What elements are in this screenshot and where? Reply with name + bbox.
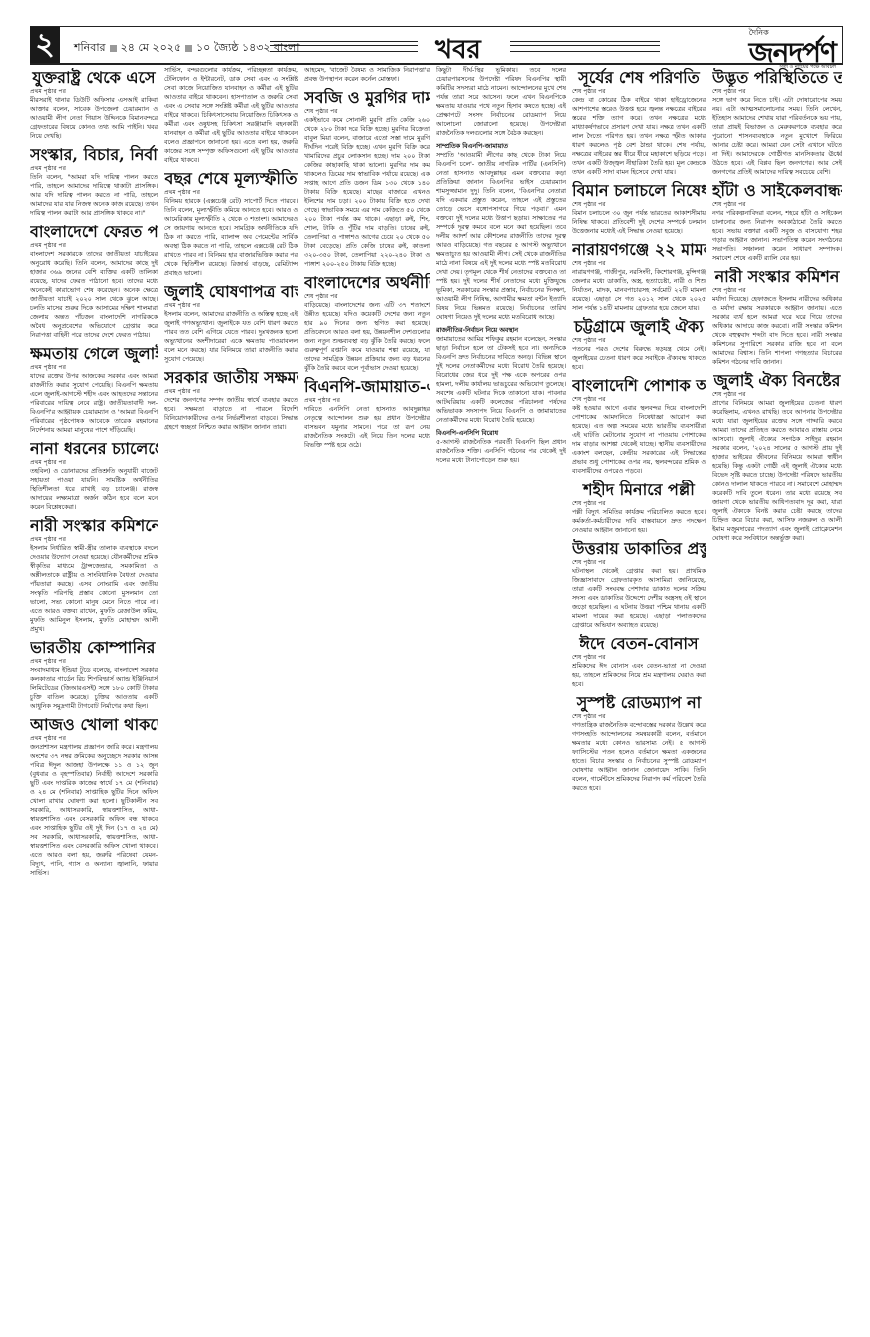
continued-from-label: প্রথম পৃষ্ঠার পর (30, 459, 158, 467)
continued-from-label: প্রথম পৃষ্ঠার পর (304, 397, 430, 405)
article-body: কেন্দ্র বা কোরের ঠিক বাইরে থাকা হাইড্রোজ… (572, 96, 706, 177)
article-headline: আজও খোলা থাকছে (30, 715, 158, 734)
article-body: আহমেদ, 'বাজেট বৈষম্য ও সামাজিক নিরাপত্তা… (304, 66, 430, 84)
article-headline: বছর শেষে মূল্যস্ফীতি (164, 169, 298, 188)
column-5: সূর্যের শেষ পরিণতিশেষ পৃষ্ঠার পরকেন্দ্র … (572, 66, 706, 1316)
news-article: বিএনপি-জামায়াত-এনসিপিপ্রথম পৃষ্ঠার পরদা… (304, 377, 430, 450)
article-subheading: বিএনপি-এনসিপি বিরোধ (436, 429, 566, 438)
continued-from-label: শেষ পৃষ্ঠার পর (712, 88, 842, 96)
article-headline: জুলাই ঐক্য বিনষ্টের (712, 371, 842, 390)
news-article: নারী সংস্কার কমিশনেরপ্রথম পৃষ্ঠার পরইসলা… (30, 516, 158, 634)
news-article: হাঁটা ও সাইকেলবান্ধবশেষ পৃষ্ঠার পরনগর পর… (712, 181, 842, 263)
news-article: চট্টগ্রামে জুলাই ঐক্যশেষ পৃষ্ঠার পরপতনের… (572, 317, 706, 372)
newspaper-page: ২ শনিবার২৪ মে ২০২৫১০ জ্যৈষ্ঠ ১৪৩২ বাংলা … (30, 26, 842, 1316)
news-article: জুলাই ঐক্য বিনষ্টেরশেষ পৃষ্ঠার পরপ্রাণের… (712, 371, 842, 543)
news-article: কিছুটা দীর্ঘ-স্থির ভূমিকায়। তবে দলের চে… (436, 66, 566, 138)
article-subheading: রাজনীতির-নির্বাচন নিয়ে অবস্থান (436, 326, 566, 335)
logo-name: জনদর্পণ (749, 40, 836, 66)
continued-from-label: শেষ পৃষ্ঠার পর (572, 201, 706, 209)
news-article: সংস্কার, বিচার, নির্বাচনপ্রথম পৃষ্ঠার পর… (30, 145, 158, 218)
news-article: বিমান চলাচলে নিষেধাজ্ঞাশেষ পৃষ্ঠার পরবিম… (572, 181, 706, 236)
news-article: বাংলাদেশের অর্থনীতি বড়শেষ পৃষ্ঠার পরবাড… (304, 273, 430, 373)
article-headline: ঈদে বেতন-বোনাস (572, 634, 706, 653)
article-body: গণতান্ত্রিক রাজনৈতিক বন্দোবস্তের দরকার উ… (572, 721, 706, 793)
dateline: শনিবার২৪ মে ২০২৫১০ জ্যৈষ্ঠ ১৪৩২ বাংলা (74, 39, 300, 58)
news-article: জুলাই ঘোষণাপত্র বাস্তবায়নেপ্রথম পৃষ্ঠার… (164, 282, 298, 364)
masthead: ২ শনিবার২৪ মে ২০২৫১০ জ্যৈষ্ঠ ১৪৩২ বাংলা … (30, 26, 843, 65)
news-article: আজও খোলা থাকছেপ্রথম পৃষ্ঠার পরজনপ্রশাসন … (30, 715, 158, 878)
news-article: সরকার জাতীয় সক্ষমতাপ্রথম পৃষ্ঠার পরদেশে… (164, 368, 298, 432)
continued-from-label: শেষ পৃষ্ঠার পর (572, 88, 706, 96)
day: শনিবার (74, 41, 106, 54)
continued-from-label: শেষ পৃষ্ঠার পর (712, 287, 842, 295)
article-subheading: সাম্প্রতিক বিএনপি-জামায়াত (436, 142, 566, 151)
continued-from-label: প্রথম পৃষ্ঠার পর (164, 189, 298, 197)
news-article: আহমেদ, 'বাজেট বৈষম্য ও সামাজিক নিরাপত্তা… (304, 66, 430, 84)
continued-from-label: শেষ পৃষ্ঠার পর (572, 337, 706, 345)
continued-from-label: শেষ পৃষ্ঠার পর (572, 713, 706, 721)
news-article: শহীদ মিনারে পল্লীশেষ পৃষ্ঠার পরপল্লী বিদ… (572, 480, 706, 535)
news-article: যুক্তরাষ্ট্র থেকে এসেপ্রথম পৃষ্ঠার পরমীর… (30, 68, 158, 141)
article-body: সঙ্গে ভাগ করে নিতে চাই। এটা দোষারোপের সম… (712, 96, 842, 177)
continued-from-label: শেষ পৃষ্ঠার পর (572, 260, 706, 268)
news-article: রাজনীতির-নির্বাচন নিয়ে অবস্থানজামায়াতে… (436, 326, 566, 425)
article-headline: জুলাই ঘোষণাপত্র বাস্তবায়নে (164, 282, 298, 301)
column-2: সার্ভিস, বন্দরগুলোর কার্যক্রম, পরিচ্ছন্ন… (164, 66, 298, 1316)
column-4: কিছুটা দীর্ঘ-স্থির ভূমিকায়। তবে দলের চে… (436, 66, 566, 1316)
news-article: নানা ধরনের চ্যালেঞ্জেরপ্রথম পৃষ্ঠার পরতহ… (30, 439, 158, 512)
article-body: ইসলাম নির্ধারিত স্বামী-স্ত্রীর তালাক ব্য… (30, 544, 158, 634)
news-article: ক্ষমতায় গেলে জুলাইপ্রথম পৃষ্ঠার পরযাদের… (30, 344, 158, 435)
decorative-rules (510, 41, 660, 52)
article-body: মীরসরাই থানার ডিউটি অফিসার এসআই রাকিবা আ… (30, 96, 158, 141)
article-headline: ভারতীয় কোম্পানির সঙ্গে (30, 638, 158, 657)
article-headline: নারী সংস্কার কমিশন (712, 267, 842, 286)
news-article: সূর্যের শেষ পরিণতিশেষ পৃষ্ঠার পরকেন্দ্র … (572, 68, 706, 177)
article-headline: বিমান চলাচলে নিষেধাজ্ঞা (572, 181, 706, 200)
page-number: ২ (30, 27, 60, 63)
article-body: জনপ্রশাসন মন্ত্রণালয় প্রজ্ঞাপন জারি করে… (30, 743, 158, 878)
article-headline: নারী সংস্কার কমিশনের (30, 516, 158, 535)
news-article: বাংলাদেশি পোশাক আমদানিতেশেষ পৃষ্ঠার পরকষ… (572, 376, 706, 476)
article-headline: উত্তরায় ডাকাতির প্রস্তুতিকালে (572, 539, 706, 558)
continued-from-label: শেষ পৃষ্ঠার পর (712, 201, 842, 209)
article-headline: নারায়ণগঞ্জে ২২ মামলার (572, 240, 706, 259)
news-article: বছর শেষে মূল্যস্ফীতিপ্রথম পৃষ্ঠার পরবিনি… (164, 169, 298, 278)
continued-from-label: প্রথম পৃষ্ঠার পর (30, 88, 158, 96)
article-headline: উদ্ভূত পরিস্থিতিতে তাসনিম (712, 68, 842, 87)
news-article: নারী সংস্কার কমিশনশেষ পৃষ্ঠার পরমর্যাদা … (712, 267, 842, 367)
article-body: মর্যাদা দিয়েছে। হেফাজতে ইসলাম নারীদের অ… (712, 295, 842, 367)
article-body: একইভাবে কমে সোনালী মুরগি প্রতি কেজি ২৬০ … (304, 116, 430, 269)
news-article: বিএনপি-এনসিপি বিরোধ৫-আগস্ট রাজনৈতিক পরবর… (436, 429, 566, 465)
article-body: সংবাদমাধ্যম ইন্ডিয়া টুডে বলেছে, বাংলাদে… (30, 666, 158, 711)
article-body: সম্প্রতি 'আওয়ামী লীগের কাছ থেকে টাকা নি… (436, 151, 566, 322)
continued-from-label: শেষ পৃষ্ঠার পর (572, 500, 706, 508)
news-article: সবজি ও মুরগির দামশেষ পৃষ্ঠার পরএকইভাবে ক… (304, 88, 430, 269)
continued-from-label: প্রথম পৃষ্ঠার পর (30, 658, 158, 666)
decorative-rules (270, 41, 418, 52)
article-body: পতনের পরও দেশের বিরুদ্ধে ষড়যন্ত্র থেমে … (572, 345, 706, 372)
article-headline: বাংলাদেশে ফেরত পাঠাতে (30, 222, 158, 241)
article-body: শ্রমিকদের ঈদ বোনাস এবং বেতন-ভাতা না দেওয… (572, 662, 706, 689)
article-body: বিনিময় হারকে (এক্সচেঞ্জ রেট) সাপোর্ট দি… (164, 197, 298, 278)
article-body: বাড়িয়েছে। বাংলাদেশের জন্য এটি ৩৭ শতাংশ… (304, 301, 430, 373)
article-body: জামায়াতের আমির শফিকুর রহমান বলেছেন, সংস… (436, 335, 566, 425)
continued-from-label: প্রথম পৃষ্ঠার পর (30, 165, 158, 173)
news-columns: যুক্তরাষ্ট্র থেকে এসেপ্রথম পৃষ্ঠার পরমীর… (30, 66, 842, 1316)
article-headline: সুস্পষ্ট রোডম্যাপ না (572, 693, 706, 712)
news-article: সাম্প্রতিক বিএনপি-জামায়াতসম্প্রতি 'আওয়… (436, 142, 566, 322)
column-1: যুক্তরাষ্ট্র থেকে এসেপ্রথম পৃষ্ঠার পরমীর… (30, 66, 158, 1316)
news-article: ভারতীয় কোম্পানির সঙ্গেপ্রথম পৃষ্ঠার পরস… (30, 638, 158, 711)
article-body: সার্ভিস, বন্দরগুলোর কার্যক্রম, পরিচ্ছন্ন… (164, 66, 298, 165)
continued-from-label: শেষ পৃষ্ঠার পর (572, 396, 706, 404)
article-body: প্রাণের বিনিময়ে আমরা জুলাইয়ের চেতনা ধা… (712, 399, 842, 543)
article-headline: চট্টগ্রামে জুলাই ঐক্য (572, 317, 706, 336)
separator-square-icon (185, 45, 192, 52)
continued-from-label: প্রথম পৃষ্ঠার পর (164, 388, 298, 396)
article-headline: যুক্তরাষ্ট্র থেকে এসে (30, 68, 158, 87)
article-body: বাংলাদেশ সরকারকে তাদের জাতীয়তা যাচাইয়ে… (30, 250, 158, 340)
continued-from-label: প্রথম পৃষ্ঠার পর (30, 735, 158, 743)
column-3: আহমেদ, 'বাজেট বৈষম্য ও সামাজিক নিরাপত্তা… (304, 66, 430, 1316)
article-body: নগর পরিকল্পনাবিদরা বলেন, শহরে হাঁটা ও সা… (712, 209, 842, 263)
continued-from-label: শেষ পৃষ্ঠার পর (304, 108, 430, 116)
article-body: কষ্ট হওয়ার আগে এবার স্থলবন্দর দিয়ে বাং… (572, 404, 706, 476)
article-body: ঘটনাস্থল থেকেই গ্রেপ্তার করা হয়। প্রাথম… (572, 567, 706, 630)
continued-from-label: শেষ পৃষ্ঠার পর (572, 559, 706, 567)
separator-square-icon (110, 45, 117, 52)
continued-from-label: শেষ পৃষ্ঠার পর (304, 293, 430, 301)
article-body: দেশের জনগণের সম্পদ জাতীয় স্বার্থে ব্যবহ… (164, 396, 298, 432)
article-body: বিমান চলাচলে ৩০ জুন পর্যন্ত ভারতের আকাশস… (572, 209, 706, 236)
article-headline: হাঁটা ও সাইকেলবান্ধব (712, 181, 842, 200)
article-body: নারায়ণগঞ্জ, গাজীপুর, নরসিংদী, কিশোরগঞ্জ… (572, 268, 706, 313)
article-headline: ক্ষমতায় গেলে জুলাই (30, 344, 158, 363)
article-body: ৫-আগস্ট রাজনৈতিক পরবর্তী বিএনপি ছিল প্রধ… (436, 438, 566, 465)
news-article: বাংলাদেশে ফেরত পাঠাতেপ্রথম পৃষ্ঠার পরবাং… (30, 222, 158, 340)
column-6: উদ্ভূত পরিস্থিতিতে তাসনিমশেষ পৃষ্ঠার পরস… (712, 66, 842, 1316)
article-headline: সরকার জাতীয় সক্ষমতা (164, 368, 298, 387)
news-article: নারায়ণগঞ্জে ২২ মামলারশেষ পৃষ্ঠার পরনারা… (572, 240, 706, 313)
article-body: কিছুটা দীর্ঘ-স্থির ভূমিকায়। তবে দলের চে… (436, 66, 566, 138)
continued-from-label: শেষ পৃষ্ঠার পর (712, 391, 842, 399)
article-body: দাবিতে এনসিপি নেতা হাসনাত আবদুল্লাহর নেত… (304, 405, 430, 450)
article-headline: সংস্কার, বিচার, নির্বাচন (30, 145, 158, 164)
news-article: উত্তরায় ডাকাতির প্রস্তুতিকালেশেষ পৃষ্ঠা… (572, 539, 706, 630)
continued-from-label: প্রথম পৃষ্ঠার পর (30, 536, 158, 544)
continued-from-label: শেষ পৃষ্ঠার পর (572, 654, 706, 662)
date-gregorian: ২৪ মে ২০২৫ (121, 41, 181, 54)
article-headline: সবজি ও মুরগির দাম (304, 88, 430, 107)
article-headline: বিএনপি-জামায়াত-এনসিপি (304, 377, 430, 396)
continued-from-label: প্রথম পৃষ্ঠার পর (30, 242, 158, 250)
article-body: পল্লী বিদ্যুৎ সমিতির কার্যক্রম পরিচালিত … (572, 508, 706, 535)
continued-from-label: প্রথম পৃষ্ঠার পর (30, 364, 158, 372)
article-headline: সূর্যের শেষ পরিণতি (572, 68, 706, 87)
continued-from-label: প্রথম পৃষ্ঠার পর (164, 302, 298, 310)
news-article: সুস্পষ্ট রোডম্যাপ নাশেষ পৃষ্ঠার পরগণতান্… (572, 693, 706, 793)
news-article: ঈদে বেতন-বোনাসশেষ পৃষ্ঠার পরশ্রমিকদের ঈদ… (572, 634, 706, 689)
article-body: তহবিল) ও ডোনারদের প্রতিশ্রুতি অনুযায়ী ব… (30, 467, 158, 512)
article-body: ইসলাম বলেন, আমাদের রাজনীতি ও অস্তিত্ব হচ… (164, 310, 298, 364)
article-body: তিনি বলেন, "আমরা যদি দায়িত্ব পালন করতে … (30, 173, 158, 218)
article-headline: বাংলাদেশের অর্থনীতি বড় (304, 273, 430, 292)
article-body: যাদের রক্তের উপর আজকের সরকার এবং আমরা রা… (30, 372, 158, 435)
news-article: উদ্ভূত পরিস্থিতিতে তাসনিমশেষ পৃষ্ঠার পরস… (712, 68, 842, 177)
article-headline: শহীদ মিনারে পল্লী (572, 480, 706, 499)
article-headline: বাংলাদেশি পোশাক আমদানিতে (572, 376, 706, 395)
news-article: সার্ভিস, বন্দরগুলোর কার্যক্রম, পরিচ্ছন্ন… (164, 66, 298, 165)
article-headline: নানা ধরনের চ্যালেঞ্জের (30, 439, 158, 458)
